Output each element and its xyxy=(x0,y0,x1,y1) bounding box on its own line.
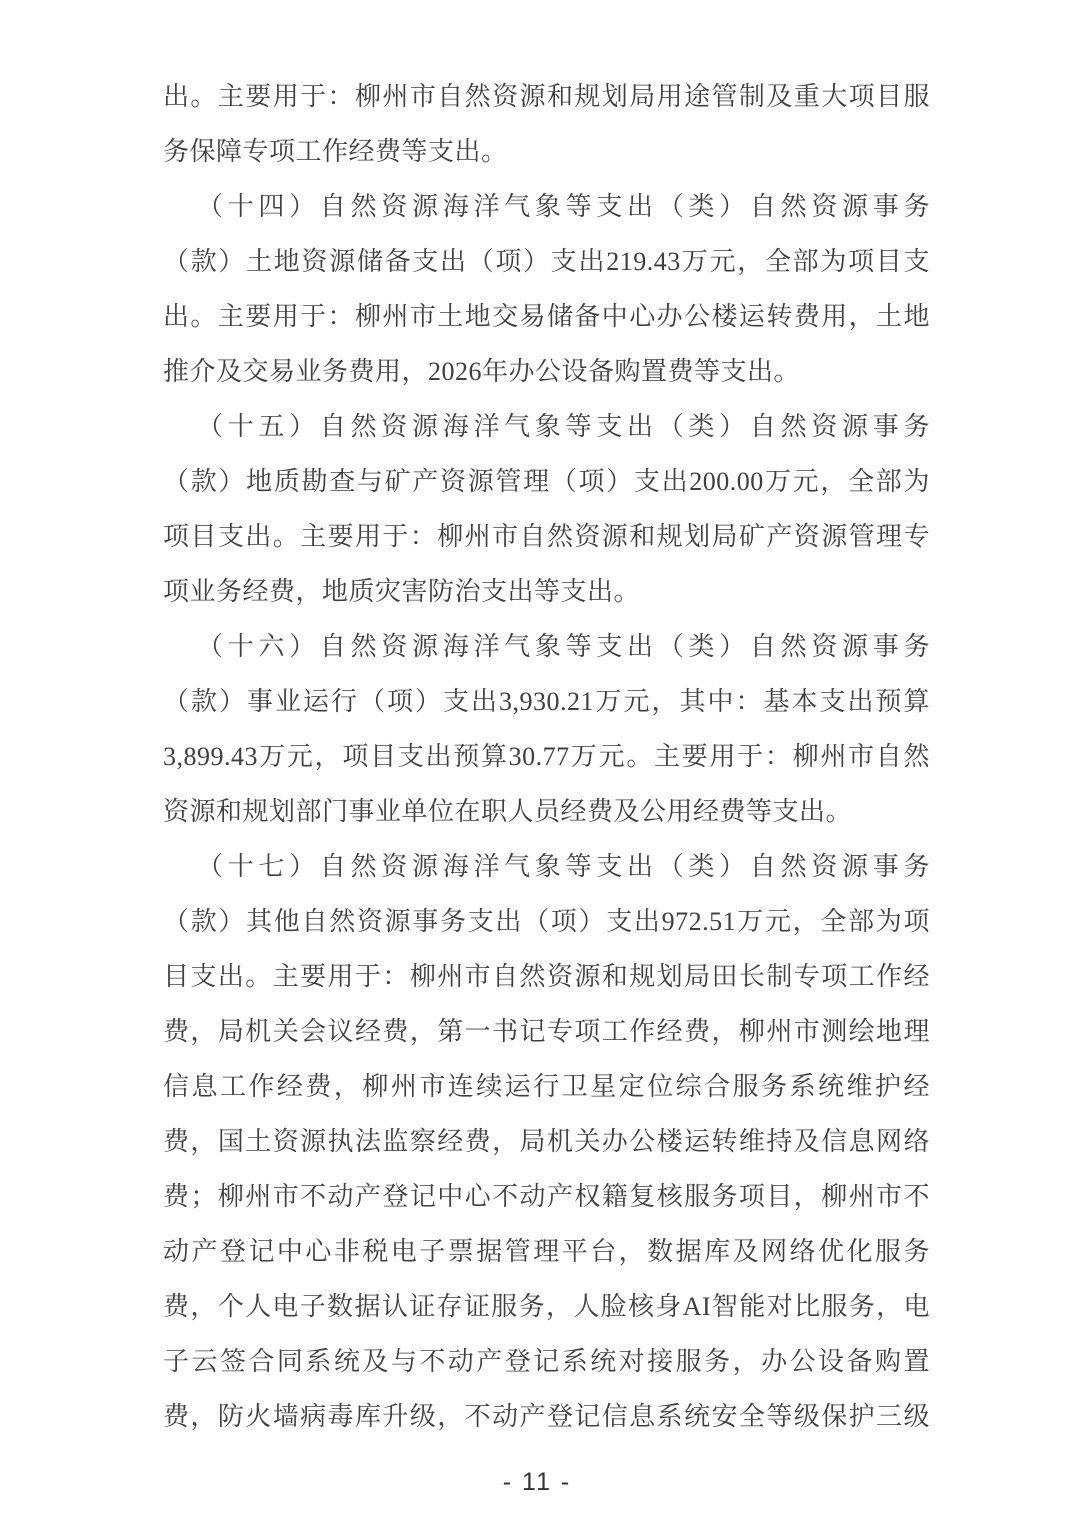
text-line: 务保障专项工作经费等支出。 xyxy=(163,124,930,179)
text-line: （十六）自然资源海洋气象等支出（类）自然资源事务 xyxy=(163,619,930,674)
text-line: 出。主要用于：柳州市土地交易储备中心办公楼运转费用，土地 xyxy=(163,289,930,344)
text-line: 3,899.43万元，项目支出预算30.77万元。主要用于：柳州市自然 xyxy=(163,729,930,784)
text-line: 推介及交易业务费用，2026年办公设备购置费等支出。 xyxy=(163,344,930,399)
text-line: （款）事业运行（项）支出3,930.21万元，其中：基本支出预算 xyxy=(163,674,930,729)
paragraph: （十四）自然资源海洋气象等支出（类）自然资源事务（款）土地资源储备支出（项）支出… xyxy=(163,179,930,399)
text-line: 子云签合同系统及与不动产登记系统对接服务，办公设备购置 xyxy=(163,1334,930,1389)
text-line: 项业务经费，地质灾害防治支出等支出。 xyxy=(163,564,930,619)
paragraph: （十六）自然资源海洋气象等支出（类）自然资源事务（款）事业运行（项）支出3,93… xyxy=(163,619,930,839)
paragraph: 出。主要用于：柳州市自然资源和规划局用途管制及重大项目服务保障专项工作经费等支出… xyxy=(163,69,930,179)
text-line: （十四）自然资源海洋气象等支出（类）自然资源事务 xyxy=(163,179,930,234)
text-line: 资源和规划部门事业单位在职人员经费及公用经费等支出。 xyxy=(163,784,930,839)
text-line: （十五）自然资源海洋气象等支出（类）自然资源事务 xyxy=(163,399,930,454)
text-line: 费，国土资源执法监察经费，局机关办公楼运转维持及信息网络 xyxy=(163,1114,930,1169)
text-line: 项目支出。主要用于：柳州市自然资源和规划局矿产资源管理专 xyxy=(163,509,930,564)
text-line: 费，个人电子数据认证存证服务，人脸核身AI智能对比服务，电 xyxy=(163,1279,930,1334)
text-line: 动产登记中心非税电子票据管理平台，数据库及网络优化服务 xyxy=(163,1224,930,1279)
text-line: （款）地质勘查与矿产资源管理（项）支出200.00万元，全部为 xyxy=(163,454,930,509)
page-number: - 11 - xyxy=(0,1468,1074,1497)
text-line: 出。主要用于：柳州市自然资源和规划局用途管制及重大项目服 xyxy=(163,69,930,124)
text-line: 费，防火墙病毒库升级，不动产登记信息系统安全等级保护三级 xyxy=(163,1389,930,1444)
document-page: 出。主要用于：柳州市自然资源和规划局用途管制及重大项目服务保障专项工作经费等支出… xyxy=(0,0,1074,1520)
text-line: 费；柳州市不动产登记中心不动产权籍复核服务项目，柳州市不 xyxy=(163,1169,930,1224)
text-line: 信息工作经费，柳州市连续运行卫星定位综合服务系统维护经 xyxy=(163,1059,930,1114)
document-body: 出。主要用于：柳州市自然资源和规划局用途管制及重大项目服务保障专项工作经费等支出… xyxy=(163,69,930,1444)
text-line: 费，局机关会议经费，第一书记专项工作经费，柳州市测绘地理 xyxy=(163,1004,930,1059)
text-line: 目支出。主要用于：柳州市自然资源和规划局田长制专项工作经 xyxy=(163,949,930,1004)
paragraph: （十七）自然资源海洋气象等支出（类）自然资源事务（款）其他自然资源事务支出（项）… xyxy=(163,839,930,1444)
text-line: （款）土地资源储备支出（项）支出219.43万元，全部为项目支 xyxy=(163,234,930,289)
paragraph: （十五）自然资源海洋气象等支出（类）自然资源事务（款）地质勘查与矿产资源管理（项… xyxy=(163,399,930,619)
text-line: （十七）自然资源海洋气象等支出（类）自然资源事务 xyxy=(163,839,930,894)
text-line: （款）其他自然资源事务支出（项）支出972.51万元，全部为项 xyxy=(163,894,930,949)
